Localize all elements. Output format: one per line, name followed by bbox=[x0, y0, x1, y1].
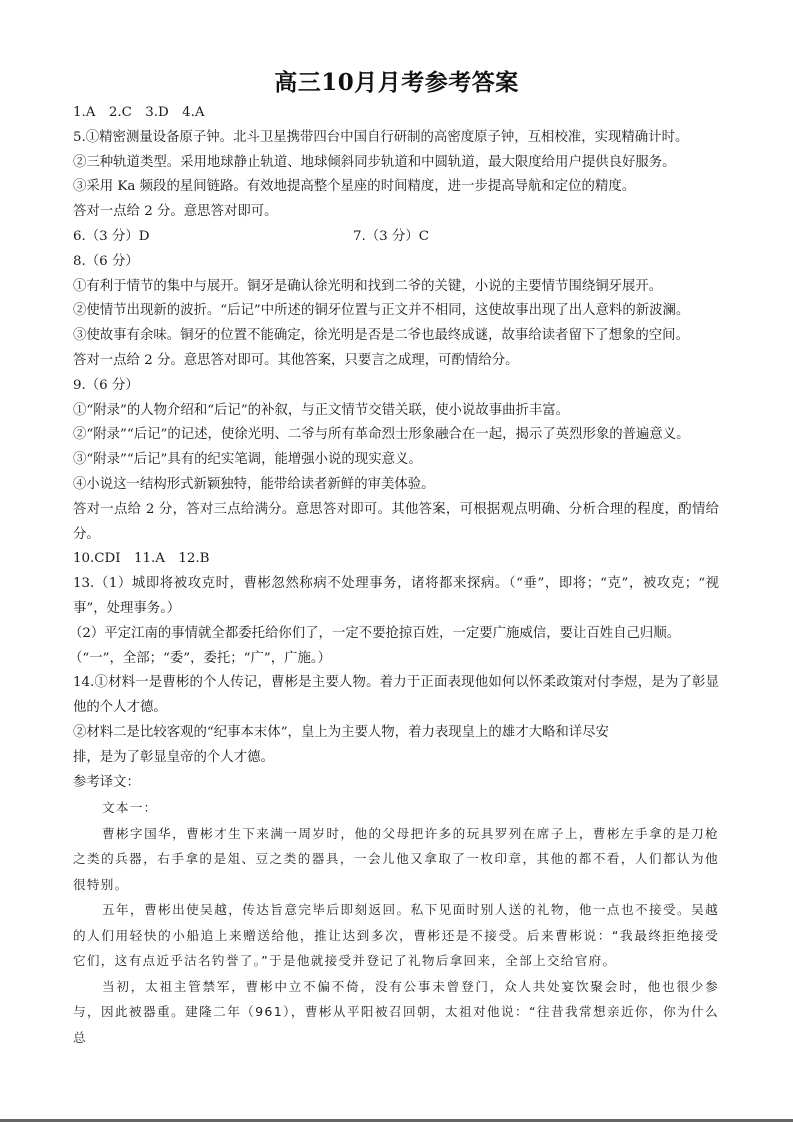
reference-translation-label: 参考译文： bbox=[73, 771, 719, 796]
answer-13-part-2: （2）平定江南的事情就全都委托给你们了，一定不要抢掠百姓，一定要广施威信，要让百… bbox=[69, 622, 719, 647]
reference-translation: 文本一： 曹彬字国华，曹彬才生下来满一周岁时，他的父母把许多的玩具罗列在席子上，… bbox=[73, 795, 719, 1050]
answer-8-scoring: 答对一点给 2 分。意思答对即可。其他答案，只要言之成理，可酌情给分。 bbox=[73, 349, 719, 374]
answer-5-scoring: 答对一点给 2 分。意思答对即可。 bbox=[73, 200, 719, 225]
answer-8-heading: 8.（6 分） bbox=[73, 250, 719, 275]
answer-9-point-2: ②“附录”“后记”的记述，使徐光明、二爷与所有革命烈士形象融合在一起，揭示了英烈… bbox=[73, 423, 719, 448]
answer-5-point-1: 5.①精密测量设备原子钟。北斗卫星携带四台中国自行研制的高密度原子钟，互相校准，… bbox=[73, 126, 719, 151]
answer-13-part-2-note: （“一”，全部；“委”，委托；“广”，广施。） bbox=[69, 647, 719, 672]
answers-1-4: 1.A 2.C 3.D 4.A bbox=[73, 101, 719, 126]
answer-9-heading: 9.（6 分） bbox=[73, 374, 719, 399]
answer-9-point-1: ①“附录”的人物介绍和“后记”的补叙，与正文情节交错关联，使小说故事曲折丰富。 bbox=[73, 399, 719, 424]
answer-9-point-3: ③“附录”“后记”具有的纪实笔调，能增强小说的现实意义。 bbox=[73, 448, 719, 473]
answer-8-point-1: ①有利于情节的集中与展开。铜牙是确认徐光明和找到二爷的关键，小说的主要情节围绕铜… bbox=[73, 275, 719, 300]
answer-6: 6.（3 分）D bbox=[73, 225, 353, 250]
document-title: 高三10月月考参考答案 bbox=[0, 64, 793, 97]
answer-5-point-3: ③采用 Ka 频段的星间链路。有效地提高整个星座的时间精度，进一步提高导航和定位… bbox=[73, 175, 719, 200]
translation-paragraph-1: 曹彬字国华，曹彬才生下来满一周岁时，他的父母把许多的玩具罗列在席子上，曹彬左手拿… bbox=[73, 821, 719, 898]
answer-5-point-2: ②三种轨道类型。采用地球静止轨道、地球倾斜同步轨道和中圆轨道，最大限度给用户提供… bbox=[73, 151, 719, 176]
answer-9-scoring: 答对一点给 2 分，答对三点给满分。意思答对即可。其他答案，可根据观点明确、分析… bbox=[73, 498, 719, 548]
translation-paragraph-3: 当初，太祖主管禁军，曹彬中立不偏不倚，没有公事未曾登门，众人共处宴饮聚会时，他也… bbox=[73, 974, 719, 1051]
answer-8-point-2: ②使情节出现新的波折。“后记”中所述的铜牙位置与正文并不相同，这使故事出现了出人… bbox=[73, 299, 719, 324]
document-body: 1.A 2.C 3.D 4.A 5.①精密测量设备原子钟。北斗卫星携带四台中国自… bbox=[73, 101, 719, 1050]
translation-paragraph-2: 五年，曹彬出使吴越，传达旨意完毕后即刻返回。私下见面时别人送的礼物，他一点也不接… bbox=[73, 897, 719, 974]
answer-13-part-1: 13.（1）城即将被攻克时，曹彬忽然称病不处理事务，诸将都来探病。（“垂”，即将… bbox=[73, 572, 719, 622]
answer-14-point-2-line-1: ②材料二是比较客观的“纪事本末体”，皇上为主要人物，着力表现皇上的雄才大略和详尽… bbox=[73, 721, 719, 746]
answers-10-12: 10.CDI 11.A 12.B bbox=[73, 547, 719, 572]
answer-14-point-1: 14.①材料一是曹彬的个人传记，曹彬是主要人物。着力于正面表现他如何以怀柔政策对… bbox=[73, 671, 719, 721]
answer-7: 7.（3 分）C bbox=[353, 225, 429, 250]
answers-6-7-row: 6.（3 分）D 7.（3 分）C bbox=[73, 225, 719, 250]
answer-8-point-3: ③使故事有余味。铜牙的位置不能确定，徐光明是否是二爷也最终成谜，故事给读者留下了… bbox=[73, 324, 719, 349]
text-one-label: 文本一： bbox=[73, 795, 719, 821]
answer-9-point-4: ④小说这一结构形式新颖独特，能带给读者新鲜的审美体验。 bbox=[73, 473, 719, 498]
document-page: 高三10月月考参考答案 1.A 2.C 3.D 4.A 5.①精密测量设备原子钟… bbox=[0, 0, 793, 1120]
answer-14-point-2-line-2: 排，是为了彰显皇帝的个人才德。 bbox=[73, 746, 719, 771]
